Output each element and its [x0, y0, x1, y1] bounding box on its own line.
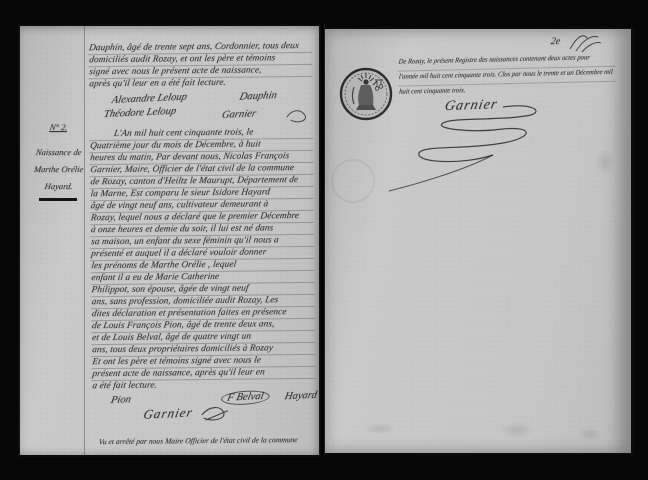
- signature-garnier: Garnier: [142, 404, 195, 422]
- margin-child-name: Marthe Orélie: [30, 164, 87, 174]
- margin-title: Naissance de: [30, 147, 87, 157]
- closing-paraph-flourish-icon: [383, 93, 563, 193]
- register-closure-text: De Rozay, le présent Registre des naissa…: [397, 52, 631, 57]
- ghost-stamp-impression: [331, 159, 375, 203]
- act-number: N° 2.: [30, 122, 87, 132]
- signature-dauphin: Dauphin: [239, 90, 278, 103]
- paraph-flourish-icon: [200, 408, 230, 422]
- margin-surname: Hayard.: [30, 181, 87, 191]
- register-left-page: N° 2. Naissance de Marthe Orélie Hayard.…: [18, 24, 322, 457]
- corner-note: 2e: [550, 36, 561, 47]
- paper-smudge: [577, 427, 603, 441]
- paper-smudge: [365, 423, 395, 435]
- manuscript-line: après qu'il leur en a été fait lecture.: [88, 78, 249, 91]
- paraph-flourish-icon: [285, 111, 311, 123]
- page-footer-note: Vu et arrêté par nous Maire Officier de …: [98, 435, 347, 447]
- paper-smudge: [500, 421, 534, 439]
- register-right-page: 2e De Rozay, le présent: [325, 27, 634, 455]
- signature-pion: Pion: [110, 394, 132, 406]
- signature-hayard: Hayard: [284, 390, 318, 402]
- microfilm-scan: N° 2. Naissance de Marthe Orélie Hayard.…: [0, 0, 648, 480]
- corner-paraph-icon: [568, 33, 602, 53]
- paper-smudge: [595, 149, 615, 175]
- manuscript-line: présent acte de naissance, après qu'il l…: [91, 367, 317, 381]
- act-text-column: Dauphin, âgé de trente sept ans, Cordonn…: [88, 25, 320, 456]
- margin-underline-bar: [39, 198, 77, 201]
- signature-alexandre-leloup: Alexandre Leloup: [111, 92, 188, 106]
- signature-belval: F Belval: [220, 390, 271, 406]
- manuscript-line: a été fait lecture.: [92, 380, 203, 392]
- margin-rule-line: [84, 26, 85, 455]
- signature-theodore-leloup: Théodore Leloup: [103, 106, 177, 120]
- signature-garnier-prev: Garnier: [221, 108, 257, 121]
